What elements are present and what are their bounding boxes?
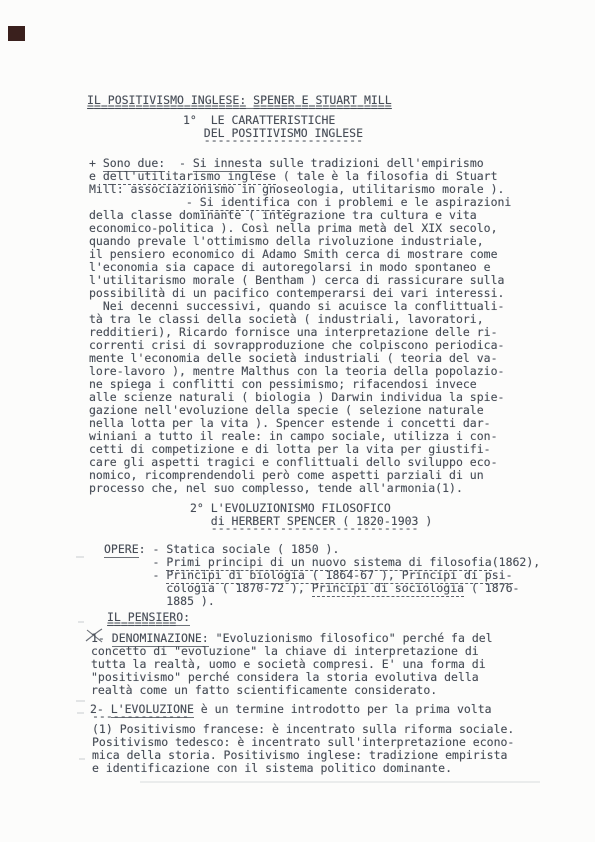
text-segment: (1) Positivismo francese: è incentrato s… [92, 722, 514, 736]
text-segment: possibilità di un pacifico contemperarsi… [89, 286, 504, 300]
text-segment: l'utilitarismo morale ( Bentham ) cerca … [89, 273, 504, 287]
text-segment: + [89, 156, 103, 170]
text-segment: ----------------------- [183, 133, 363, 147]
text-line: processo che, nel suo complesso, tende a… [89, 482, 511, 495]
il-pensiero-heading: IL PENSIERO:========== [107, 611, 190, 631]
text-segment: l'economia sia capace di autoregolarsi i… [89, 260, 491, 274]
text-segment: ne spiega i conflitti con pessimismo; ri… [89, 377, 477, 391]
section-heading-caratteristiche: 1° LE CARATTERISTICHE DEL POSITIVISMO IN… [183, 114, 363, 147]
text-line: realtà come un fatto scientificamente co… [91, 684, 493, 697]
text-segment: concetto di "evoluzione" la chiave di in… [91, 644, 479, 658]
text-segment: - [89, 195, 200, 209]
text-segment: 1° LE CARATTERISTICHE [183, 113, 335, 127]
text-segment: e [89, 169, 103, 183]
text-segment: economico-politica ). Così nella prima m… [89, 221, 498, 235]
text-line: ----------------------- [183, 137, 363, 147]
text-segment: redditieri), Ricardo fornisce una interp… [89, 325, 498, 339]
text-segment: con i problemi e le aspirazioni [290, 195, 512, 209]
opere-list: OPERE: - Statica sociale ( 1850 ). - Pri… [104, 543, 540, 608]
text-segment: "positivismo" perché considera la storia… [91, 670, 479, 684]
handwritten-x-mark [85, 628, 103, 643]
text-segment: Nei decenni successivi, quando si acuisc… [89, 299, 504, 313]
text-segment: nella lotta per la vita ). Spencer esten… [89, 416, 491, 430]
text-segment: nomico, ricomprendendoli però come aspet… [89, 468, 484, 482]
text-segment: tutta la realtà, uomo e società compresi… [91, 657, 486, 671]
text-line: ------------------------------ [190, 525, 432, 535]
text-segment: cologia ( 1870-72 ), [104, 581, 312, 595]
text-segment: - [104, 568, 166, 582]
text-line: 1885 ). [104, 595, 540, 608]
text-segment: della classe dominante ( integrazione tr… [89, 208, 477, 222]
scan-artifact [79, 758, 85, 760]
text-line: e identificazione con il sistema politic… [92, 762, 514, 775]
text-segment: - [104, 555, 166, 569]
underlined-text: Principi di sociologia [312, 581, 464, 597]
footnote: --------------(1) Positivismo francese: … [92, 716, 514, 775]
text-segment: processo che, nel suo complesso, tende a… [89, 481, 463, 495]
scan-artifact [76, 556, 84, 558]
text-segment: mente l'economia delle società industria… [89, 351, 498, 365]
text-segment: alle scienze naturali ( biologia ) Darwi… [89, 390, 504, 404]
scan-artifact [77, 712, 84, 714]
text-segment: cetti di competizione e di lotta per la … [89, 442, 491, 456]
scan-artifact [78, 621, 84, 623]
section-heading-evoluzionismo: 2° L'EVOLUZIONISMO FILOSOFICO di HERBERT… [190, 502, 432, 535]
text-segment: (1862), [492, 555, 540, 569]
text-segment: correnti crisi di sovrapproduzione che c… [89, 338, 504, 352]
text-segment: tà tra le classi della società ( industr… [89, 312, 484, 326]
text-segment: ========== [107, 617, 176, 631]
document-title: IL POSITIVISMO INGLESE: SPENER E STUART … [87, 94, 392, 114]
text-segment: realtà come un fatto scientificamente co… [91, 683, 437, 697]
text-segment: gazione nell'evoluzione della specie ( s… [89, 403, 484, 417]
corner-stamp-mark [8, 26, 25, 41]
text-segment: winiani a tutto il reale: in campo socia… [89, 429, 498, 443]
text-segment: 2° L'EVOLUZIONISMO FILOSOFICO [190, 501, 391, 515]
scan-smudge [140, 781, 540, 783]
text-segment: sulle tradizioni dell'empirismo [262, 156, 484, 170]
text-segment: e identificazione con il sistema politic… [92, 761, 452, 775]
text-segment: quando prevale l'ottimismo della rivoluz… [89, 234, 484, 248]
text-segment: Mill: associazionismo in gnoseologia, ut… [89, 182, 504, 196]
text-segment: ------------------------------ [190, 521, 418, 535]
text-segment: ======================= ================… [87, 100, 392, 114]
text-segment: il pensiero economico di Adamo Smith cer… [89, 247, 498, 261]
text-segment: mica della storia. Positivismo inglese: … [92, 748, 507, 762]
text-segment: care gli aspetti tragici e conflittuali … [89, 455, 498, 469]
paragraph-denominazione: 1- DENOMINAZIONE: "Evoluzionismo filosof… [91, 632, 493, 697]
text-segment: Positivismo tedesco: è incentrato sull'i… [92, 735, 514, 749]
text-segment: 1885 ). [104, 594, 215, 608]
scan-artifact [76, 700, 85, 702]
text-segment: : - Statica sociale ( 1850 ). [139, 542, 340, 556]
text-segment: -------------- [92, 709, 189, 723]
text-segment: ( tale è la filosofia di Stuart [276, 169, 498, 183]
text-segment: lore-lavoro ), mentre Malthus con la teo… [89, 364, 504, 378]
document-page: IL POSITIVISMO INGLESE: SPENER E STUART … [0, 0, 595, 842]
text-segment: - [165, 156, 193, 170]
text-segment: "Evoluzionismo filosofico" perché fa del [209, 631, 493, 645]
paragraph-caratteristiche: + Sono due: - Si innesta sulle tradizion… [89, 157, 511, 495]
text-segment: ( 1876- [464, 581, 519, 595]
